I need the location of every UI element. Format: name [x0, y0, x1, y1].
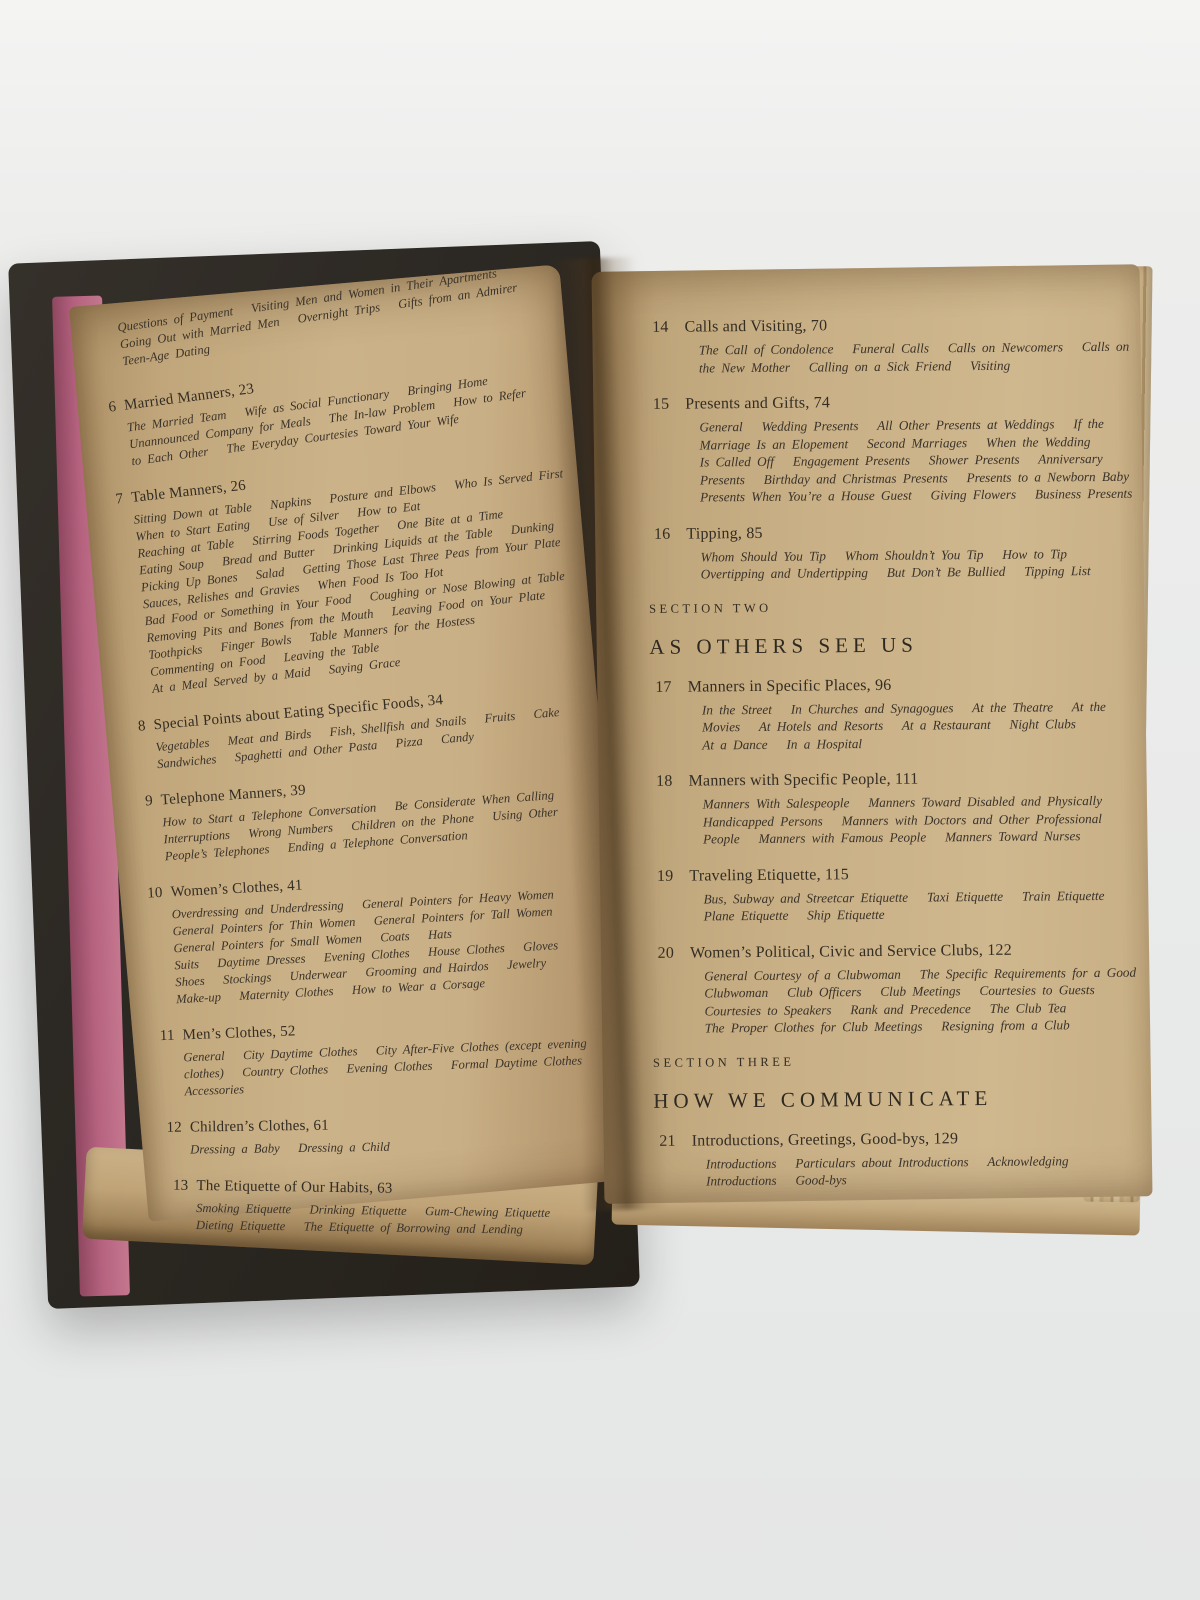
toc-entry-number: 10: [146, 884, 163, 904]
toc-entry-head: 20Women’s Political, Civic and Service C…: [652, 939, 1104, 963]
toc-entry-number: 6: [99, 398, 117, 419]
toc-sub-lines: Bus, Subway and Streetcar Etiquette Taxi…: [703, 886, 1103, 924]
toc-sub-line: Overtipping and Undertipping But Don’t B…: [701, 562, 1101, 583]
toc-entry-title: The Etiquette of Our Habits, 63: [196, 1177, 392, 1199]
toc-entry-title: Introductions, Greetings, Good-bys, 129: [692, 1129, 959, 1151]
toc-entry: 18Manners with Specific People, 111Manne…: [650, 768, 1103, 848]
section-title: AS OTHERS SEE US: [649, 630, 1101, 659]
toc-entry-title: Women’s Political, Civic and Service Clu…: [690, 940, 1012, 963]
toc-sub-line: Presents When You’re a House Guest Givin…: [700, 485, 1100, 506]
toc-sub-line: Plane Etiquette Ship Etiquette: [704, 904, 1104, 925]
toc-entry-title: Men’s Clothes, 52: [182, 1022, 296, 1045]
toc-entry: 9Telephone Manners, 39How to Start a Tel…: [136, 761, 602, 867]
toc-entry: 12Children’s Clothes, 61Dressing a Baby …: [166, 1112, 629, 1158]
toc-entry: 21Introductions, Greetings, Good-bys, 12…: [654, 1127, 1106, 1190]
toc-entry-head: 19Traveling Etiquette, 115: [651, 862, 1103, 886]
toc-entry-number: 7: [107, 490, 125, 511]
toc-entry: 14Calls and Visiting, 70The Call of Cond…: [647, 314, 1099, 377]
toc-entry-title: Tipping, 85: [686, 523, 762, 544]
toc-entry-head: 16Tipping, 85: [648, 520, 1100, 544]
toc-entry-head: 12Children’s Clothes, 61: [166, 1112, 628, 1137]
toc-entry: 11Men’s Clothes, 52General City Daytime …: [158, 1011, 622, 1101]
toc-entry: 17Manners in Specific Places, 96In the S…: [650, 673, 1103, 753]
toc-entry-number: 9: [136, 792, 153, 812]
toc-sub-lines: Dressing a Baby Dressing a Child: [190, 1135, 628, 1158]
toc-sub-lines: General City Daytime Clothes City After-…: [183, 1034, 623, 1100]
right-page: 14Calls and Visiting, 70The Call of Cond…: [592, 264, 1153, 1204]
right-page-text: 14Calls and Visiting, 70The Call of Cond…: [647, 314, 1107, 1208]
toc-sub-lines: The Call of Condolence Funeral Calls Cal…: [699, 338, 1099, 376]
toc-sub-lines: Introductions Particulars about Introduc…: [706, 1151, 1106, 1189]
toc-entry: 10Women’s Clothes, 41Overdressing and Un…: [146, 861, 614, 1010]
toc-entry-head: 14Calls and Visiting, 70: [647, 314, 1099, 338]
toc-entry-number: 15: [647, 395, 669, 415]
toc-sub-line: the New Mother Calling on a Sick Friend …: [699, 355, 1099, 376]
toc-entry: 19Traveling Etiquette, 115Bus, Subway an…: [651, 862, 1103, 925]
toc-sub-line: Bus, Subway and Streetcar Etiquette Taxi…: [703, 886, 1103, 907]
toc-sub-line: Dressing a Baby Dressing a Child: [190, 1135, 628, 1158]
toc-sub-lines: Overdressing and Underdressing General P…: [171, 883, 614, 1008]
toc-entry-head: 13The Etiquette of Our Habits, 63: [172, 1177, 634, 1202]
toc-entry-title: Presents and Gifts, 74: [685, 393, 830, 414]
toc-entry: 7Table Manners, 26Sitting Down at Table …: [107, 442, 589, 701]
toc-sub-line: Introductions Particulars about Introduc…: [706, 1151, 1106, 1172]
toc-sub-lines: Whom Should You Tip Whom Shouldn’t You T…: [701, 544, 1101, 582]
toc-entry-title: Manners with Specific People, 111: [688, 770, 918, 792]
toc-entry-number: 8: [129, 717, 147, 737]
toc-sub-line: Introductions Good-bys: [706, 1169, 1106, 1190]
toc-entry-title: Manners in Specific Places, 96: [688, 675, 892, 697]
toc-entry-title: Calls and Visiting, 70: [685, 316, 828, 337]
toc-entry-head: 17Manners in Specific Places, 96: [650, 673, 1102, 697]
toc-sub-line: Movies At Hotels and Resorts At a Restau…: [702, 715, 1102, 736]
toc-entry-number: 14: [647, 318, 669, 338]
toc-entry-head: 18Manners with Specific People, 111: [650, 768, 1102, 792]
toc-entry-head: 15Presents and Gifts, 74: [647, 391, 1099, 415]
toc-entry-title: Women’s Clothes, 41: [170, 877, 303, 903]
toc-entry-number: 11: [158, 1027, 175, 1047]
toc-sub-lines: Manners With Salespeople Manners Toward …: [703, 792, 1103, 848]
section-label: SECTION TWO: [649, 597, 1101, 616]
toc-sub-line: People Manners with Famous People Manner…: [703, 827, 1103, 848]
toc-sub-line: The Call of Condolence Funeral Calls Cal…: [699, 338, 1099, 359]
section-label: SECTION THREE: [653, 1051, 1105, 1070]
toc-sub-lines: General Courtesy of a Clubwoman The Spec…: [704, 963, 1105, 1036]
toc-entry-title: Traveling Etiquette, 115: [689, 865, 849, 886]
toc-entry-title: Children’s Clothes, 61: [190, 1117, 329, 1138]
left-page: Questions of Payment Visiting Men and Wo…: [69, 264, 639, 1221]
toc-sub-lines: In the Street In Churches and Synagogues…: [702, 697, 1102, 753]
toc-sub-lines: Smoking Etiquette Drinking Etiquette Gum…: [196, 1200, 634, 1240]
section-title: HOW WE COMMUNICATE: [653, 1084, 1105, 1113]
book-photo: Questions of Payment Visiting Men and Wo…: [0, 0, 1200, 1600]
toc-entry-number: 13: [172, 1177, 188, 1196]
toc-entry: 15Presents and Gifts, 74General Wedding …: [647, 391, 1100, 506]
toc-sub-line: At a Dance In a Hospital: [702, 732, 1102, 753]
toc-sub-lines: General Wedding Presents All Other Prese…: [699, 415, 1100, 506]
toc-entry-number: 16: [648, 524, 670, 544]
toc-entry-head: 21Introductions, Greetings, Good-bys, 12…: [654, 1127, 1106, 1151]
toc-entry: 13The Etiquette of Our Habits, 63Smoking…: [172, 1177, 635, 1240]
toc-sub-line: The Proper Clothes for Club Meetings Res…: [705, 1016, 1105, 1037]
toc-entry: 16Tipping, 85Whom Should You Tip Whom Sh…: [648, 520, 1100, 583]
toc-entry: 20Women’s Political, Civic and Service C…: [652, 939, 1105, 1037]
toc-entry-number: 12: [166, 1119, 182, 1138]
toc-entry-number: 17: [650, 677, 672, 697]
